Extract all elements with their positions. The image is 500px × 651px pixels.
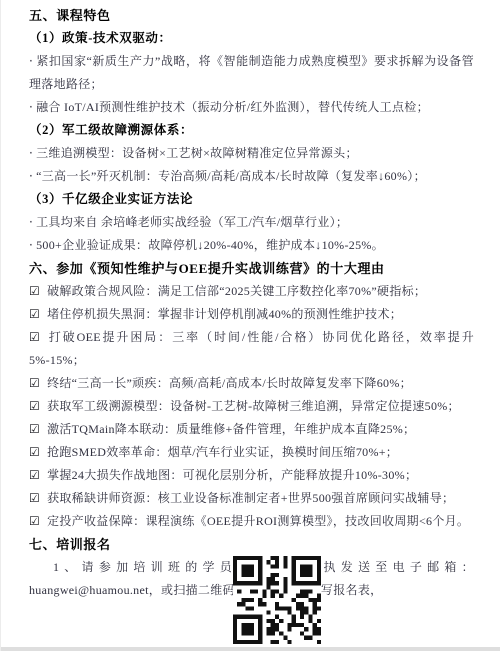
bullet-dot-icon: · xyxy=(29,215,33,229)
bullet-text: 融合 IoT/AI预测性维护技术（振动分析/红外监测），替代传统人工点检； xyxy=(36,100,429,114)
bullet-dot-icon: · xyxy=(29,54,33,68)
document-page: 五、课程特色 （1）政策-技术双驱动： ·紧扣国家“新质生产力”战略，将《智能制… xyxy=(0,0,500,651)
checked-checkbox-icon: ☑ xyxy=(29,330,40,344)
checked-checkbox-icon: ☑ xyxy=(29,514,40,528)
checklist-item: ☑获取稀缺讲师资源：核工业设备标准制定者+世界500强首席顾问实战辅导； xyxy=(29,487,474,510)
checked-checkbox-icon: ☑ xyxy=(29,399,40,413)
section5-group2-heading: （2）军工级故障溯源体系： xyxy=(29,119,474,142)
checklist-text: 打破OEE提升困局：三率（时间/性能/合格）协同优化路径，效率提升5%-15%； xyxy=(29,330,474,367)
checked-checkbox-icon: ☑ xyxy=(29,307,40,321)
section5-group3-heading: （3）千亿级企业实证方法论 xyxy=(29,188,474,211)
checklist-text: 终结“三高一长”顽疾：高频/高耗/高成本/长时故障复发率下降60%； xyxy=(47,376,412,390)
bullet-item: ·紧扣国家“新质生产力”战略，将《智能制造能力成熟度模型》要求拆解为设备管理落地… xyxy=(29,50,474,96)
section5-title: 五、课程特色 xyxy=(29,4,474,27)
checklist-item: ☑堵住停机损失黑洞：掌握非计划停机削减40%的预测性维护技术； xyxy=(29,303,474,326)
checklist-item: ☑激活TQMain降本联动：质量维修+备件管理，年维护成本直降25%； xyxy=(29,418,474,441)
bullet-dot-icon: · xyxy=(29,238,33,252)
checklist-text: 掌握24大损失作战地图：可视化层别分析，产能释放提升10%-30%； xyxy=(47,468,417,482)
bullet-dot-icon: · xyxy=(29,100,33,114)
bullet-item: ·500+企业验证成果：故障停机↓20%-40%，维护成本↓10%-25%。 xyxy=(29,234,474,257)
qr-code xyxy=(231,556,323,644)
bullet-text: 紧扣国家“新质生产力”战略，将《智能制造能力成熟度模型》要求拆解为设备管理落地路… xyxy=(29,54,474,91)
page-bottom-edge xyxy=(1,647,500,651)
checked-checkbox-icon: ☑ xyxy=(29,376,40,390)
bullet-item: ·“三高一长”歼灭机制：专治高频/高耗/高成本/长时故障（复发率↓60%）； xyxy=(29,165,474,188)
checked-checkbox-icon: ☑ xyxy=(29,491,40,505)
bullet-item: ·融合 IoT/AI预测性维护技术（振动分析/红外监测），替代传统人工点检； xyxy=(29,96,474,119)
bullet-text: 三维追溯模型：设备树×工艺树×故障树精准定位异常源头； xyxy=(36,146,358,160)
bullet-dot-icon: · xyxy=(29,146,33,160)
section6-title: 六、参加《预知性维护与OEE提升实战训练营》的十大理由 xyxy=(29,257,474,280)
checklist-item: ☑抢跑SMED效率革命：烟草/汽车行业实证，换模时间压缩70%+； xyxy=(29,441,474,464)
bullet-dot-icon: · xyxy=(29,169,33,183)
checklist-item: ☑打破OEE提升困局：三率（时间/性能/合格）协同优化路径，效率提升5%-15%… xyxy=(29,326,474,372)
bullet-item: ·三维追溯模型：设备树×工艺树×故障树精准定位异常源头； xyxy=(29,142,474,165)
checklist-item: ☑掌握24大损失作战地图：可视化层别分析，产能释放提升10%-30%； xyxy=(29,464,474,487)
checklist-item: ☑获取军工级溯源模型：设备树-工艺树-故障树三维追溯，异常定位提速50%； xyxy=(29,395,474,418)
checklist-item: ☑破解政策合规风险：满足工信部“2025关键工序数控化率70%”硬指标； xyxy=(29,280,474,303)
checklist-item: ☑定投产收益保障：课程演练《OEE提升ROI测算模型》，技改回收周期<6个月。 xyxy=(29,510,474,533)
checklist-text: 抢跑SMED效率革命：烟草/汽车行业实证，换模时间压缩70%+； xyxy=(47,445,398,459)
bullet-text: “三高一长”歼灭机制：专治高频/高耗/高成本/长时故障（复发率↓60%）； xyxy=(36,169,426,183)
checklist-text: 堵住停机损失黑洞：掌握非计划停机削减40%的预测性维护技术； xyxy=(47,307,402,321)
checked-checkbox-icon: ☑ xyxy=(29,284,40,298)
section7-title: 七、培训报名 xyxy=(29,533,474,556)
checked-checkbox-icon: ☑ xyxy=(29,468,40,482)
bullet-text: 500+企业验证成果：故障停机↓20%-40%，维护成本↓10%-25%。 xyxy=(36,238,384,252)
checklist-text: 获取稀缺讲师资源：核工业设备标准制定者+世界500强首席顾问实战辅导； xyxy=(47,491,454,505)
bullet-item: ·工具均来自 余培峰老师实战经验（军工/汽车/烟草行业）； xyxy=(29,211,474,234)
checked-checkbox-icon: ☑ xyxy=(29,445,40,459)
checklist-text: 定投产收益保障：课程演练《OEE提升ROI测算模型》，技改回收周期<6个月。 xyxy=(47,514,469,528)
checklist-text: 破解政策合规风险：满足工信部“2025关键工序数控化率70%”硬指标； xyxy=(47,284,426,298)
checked-checkbox-icon: ☑ xyxy=(29,422,40,436)
section5-group1-heading: （1）政策-技术双驱动： xyxy=(29,27,474,50)
checklist-item: ☑终结“三高一长”顽疾：高频/高耗/高成本/长时故障复发率下降60%； xyxy=(29,372,474,395)
checklist-text: 获取军工级溯源模型：设备树-工艺树-故障树三维追溯，异常定位提速50%； xyxy=(47,399,460,413)
checklist-text: 激活TQMain降本联动：质量维修+备件管理，年维护成本直降25%； xyxy=(47,422,415,436)
bullet-text: 工具均来自 余培峰老师实战经验（军工/汽车/烟草行业）； xyxy=(36,215,348,229)
